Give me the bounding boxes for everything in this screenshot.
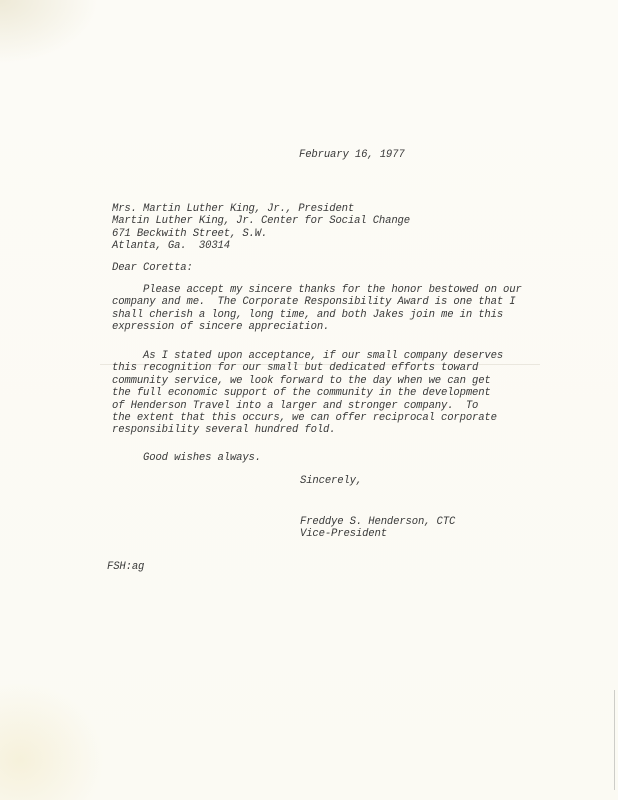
- closing-wish: Good wishes always.: [112, 452, 261, 464]
- recipient-line: Atlanta, Ga. 30314: [112, 240, 410, 252]
- paragraph-line: responsibility several hundred fold.: [112, 424, 503, 436]
- complimentary-close: Sincerely,: [300, 475, 362, 487]
- signer-name: Freddye S. Henderson, CTC: [300, 516, 455, 528]
- body-paragraph-1: Please accept my sincere thanks for the …: [112, 284, 522, 334]
- paragraph-line: this recognition for our small but dedic…: [112, 362, 503, 374]
- recipient-line: 671 Beckwith Street, S.W.: [112, 228, 410, 240]
- reference-initials: FSH:ag: [107, 561, 144, 573]
- body-paragraph-2: As I stated upon acceptance, if our smal…: [112, 350, 503, 437]
- signature-block: Freddye S. Henderson, CTCVice-President: [300, 516, 455, 541]
- paragraph-line: Please accept my sincere thanks for the …: [112, 284, 522, 296]
- paragraph-line: of Henderson Travel into a larger and st…: [112, 400, 503, 412]
- letter-date: February 16, 1977: [299, 149, 405, 161]
- paragraph-line: As I stated upon acceptance, if our smal…: [112, 350, 503, 362]
- signer-title: Vice-President: [300, 528, 455, 540]
- recipient-line: Martin Luther King, Jr. Center for Socia…: [112, 215, 410, 227]
- paragraph-line: company and me. The Corporate Responsibi…: [112, 296, 522, 308]
- paragraph-line: community service, we look forward to th…: [112, 375, 503, 387]
- salutation: Dear Coretta:: [112, 262, 193, 274]
- paragraph-line: the full economic support of the communi…: [112, 387, 503, 399]
- letter-page: February 16, 1977 Mrs. Martin Luther Kin…: [0, 0, 618, 800]
- paragraph-line: the extent that this occurs, we can offe…: [112, 412, 503, 424]
- paper-edge: [614, 690, 615, 790]
- paragraph-line: shall cherish a long, long time, and bot…: [112, 309, 522, 321]
- recipient-line: Mrs. Martin Luther King, Jr., President: [112, 203, 410, 215]
- paragraph-line: expression of sincere appreciation.: [112, 321, 522, 333]
- recipient-address: Mrs. Martin Luther King, Jr., PresidentM…: [112, 203, 410, 253]
